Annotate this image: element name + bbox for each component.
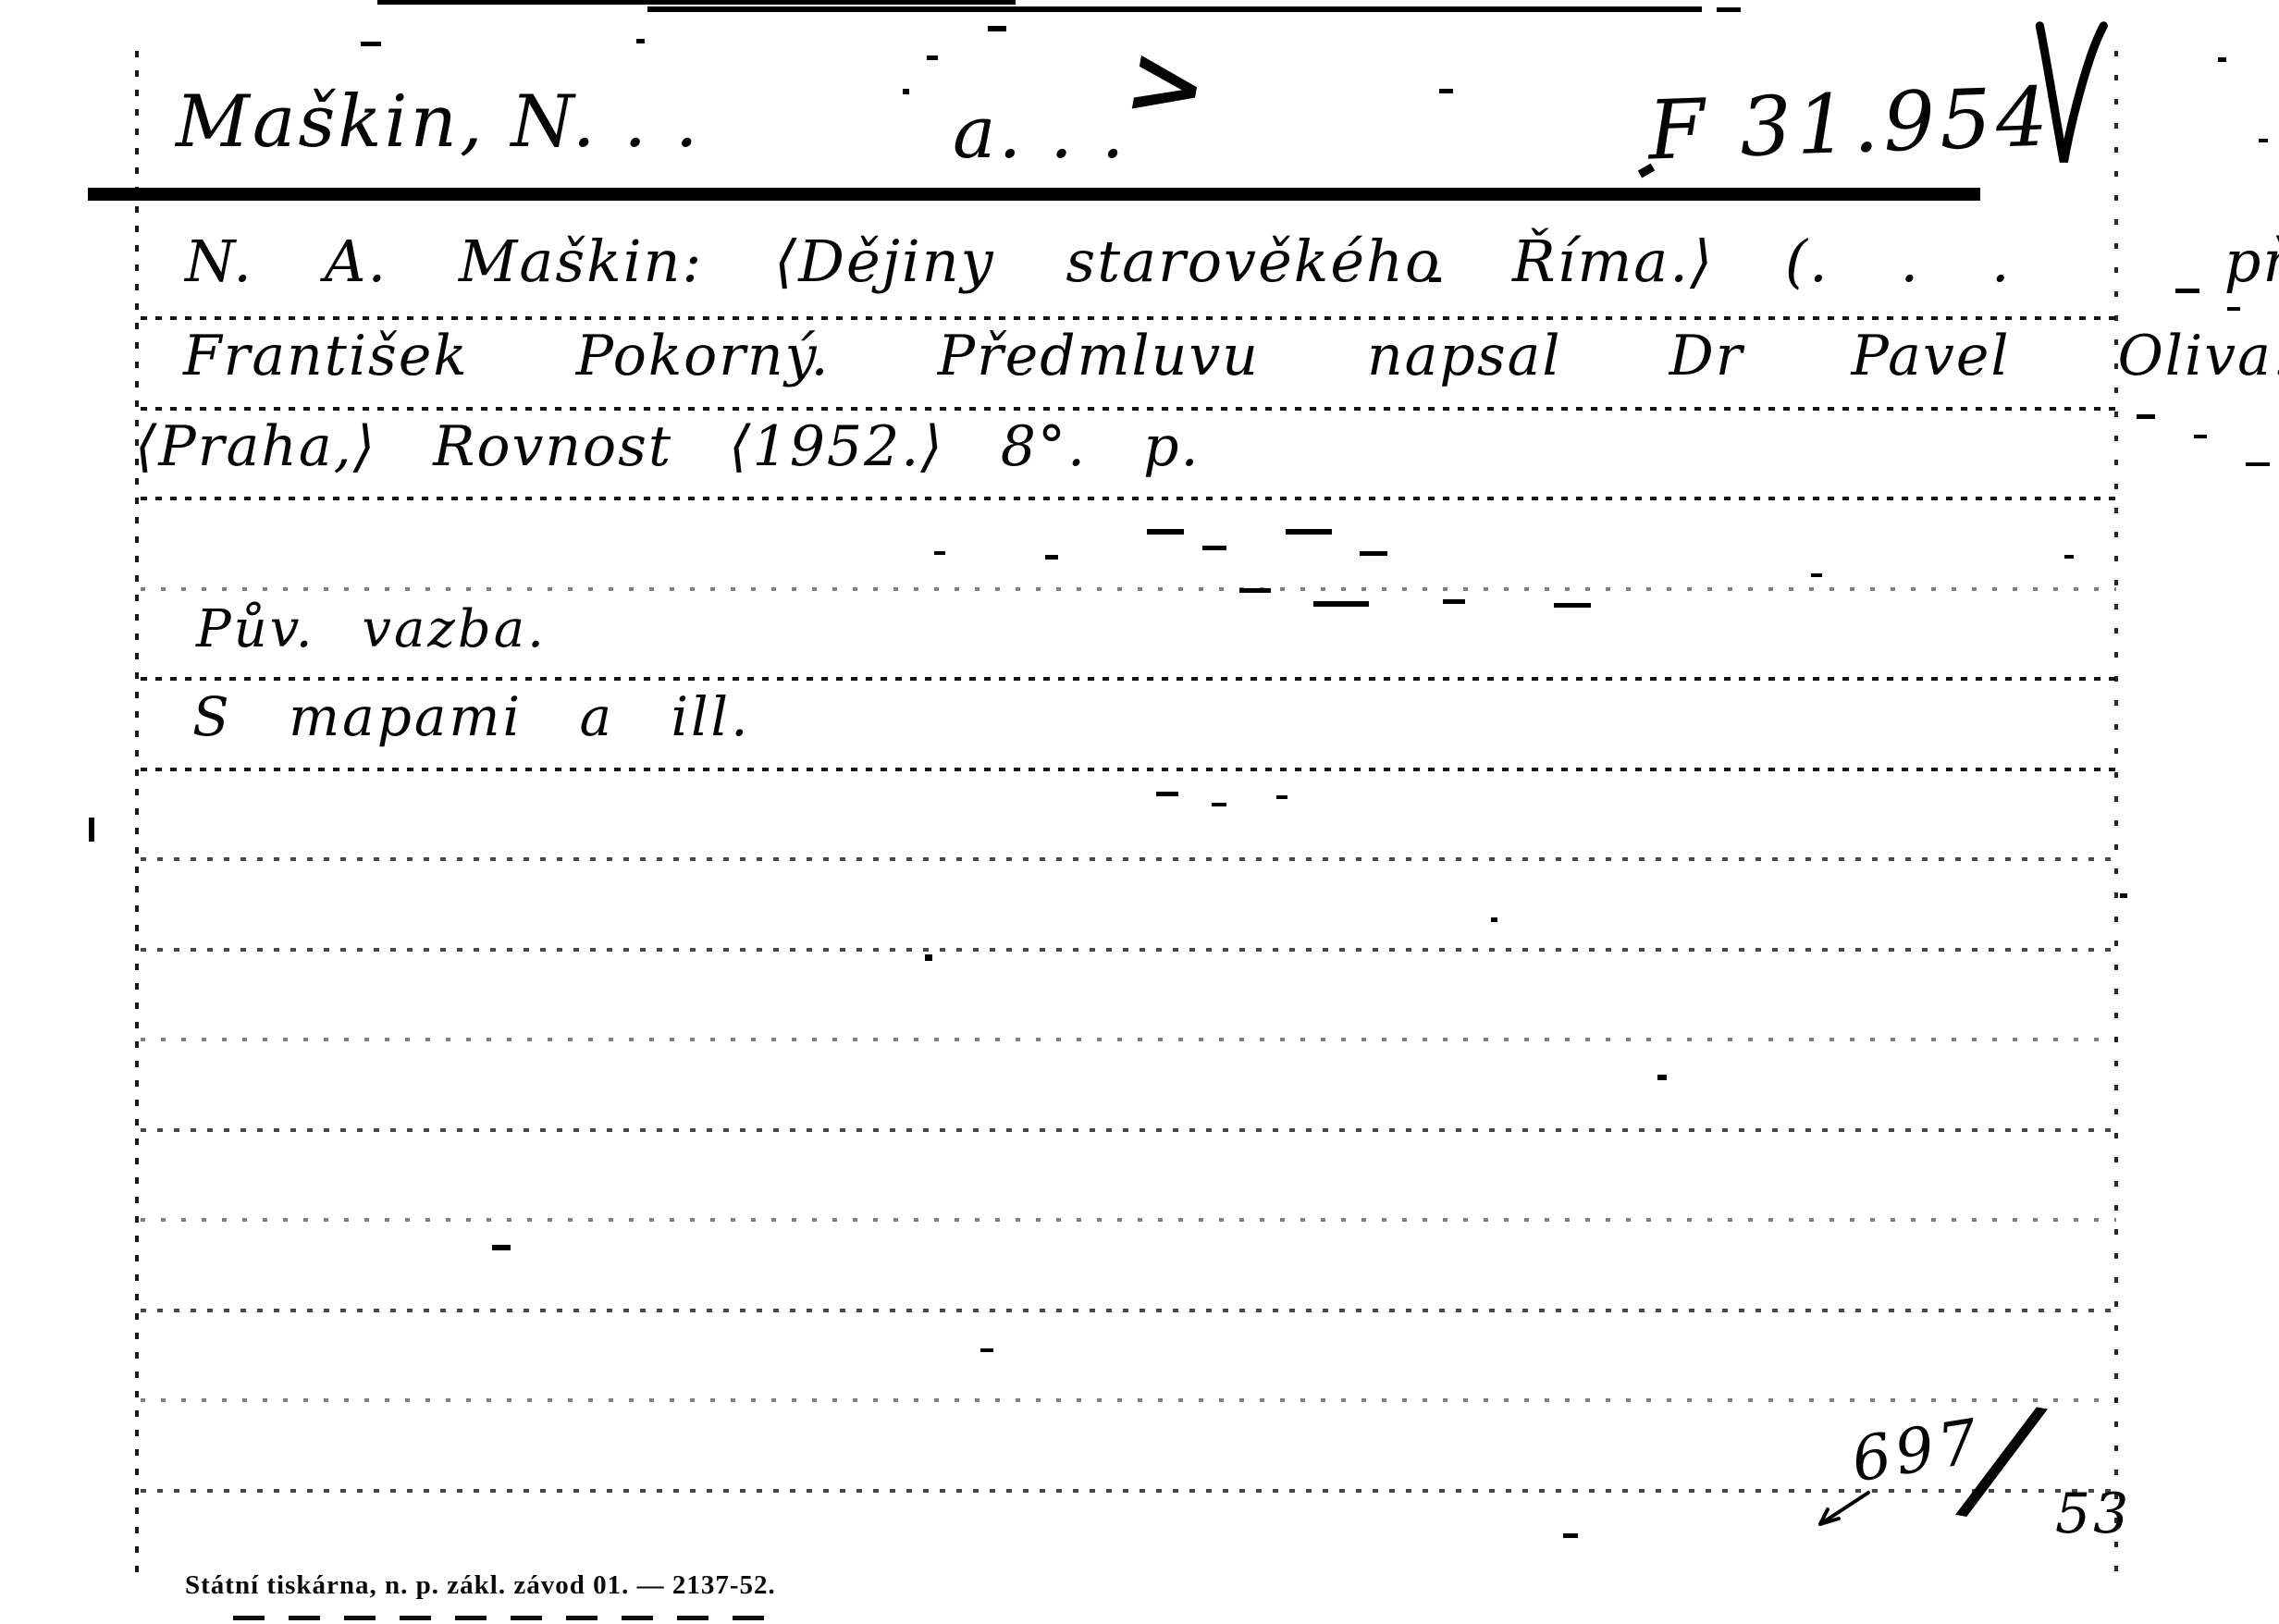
noise-speck xyxy=(1156,792,1178,796)
noise-speck xyxy=(1286,529,1332,535)
catalog-card: Maškin, N. . . a. . . > F 31.954 N. A. M… xyxy=(0,0,2279,1624)
noise-speck xyxy=(1439,89,1453,93)
header-rule xyxy=(88,188,1980,201)
noise-speck xyxy=(2120,893,2127,898)
noise-speck xyxy=(89,818,94,842)
ruled-line xyxy=(141,768,2116,771)
imprint-line: ⟨Praha,⟩ Rovnost ⟨1952.⟩ 8°. p. xyxy=(135,418,1201,476)
title-line: N. A. Maškin: ⟨Dějiny starověkého Říma.⟩… xyxy=(185,231,2279,291)
noise-speck xyxy=(1811,573,1822,577)
noise-speck xyxy=(925,954,932,961)
ruled-line xyxy=(141,948,2116,952)
accession-number-denominator: 53 xyxy=(2055,1485,2131,1544)
noise-speck xyxy=(1202,546,1226,550)
noise-speck xyxy=(492,1245,511,1250)
translator-line: František Pokorný. Předmluvu napsal Dr P… xyxy=(183,327,2279,386)
author-initial: a. . . xyxy=(953,96,1127,172)
insertion-caret-mark: > xyxy=(1118,27,1215,141)
noise-speck xyxy=(1491,917,1497,922)
noise-speck xyxy=(1657,1075,1667,1080)
arrow-mark-icon xyxy=(1811,1487,1876,1532)
noise-speck xyxy=(2259,139,2268,142)
ruled-line xyxy=(141,1398,2116,1402)
ruled-line xyxy=(141,857,2116,861)
checkmark-icon xyxy=(2026,17,2111,174)
ruled-line xyxy=(141,1309,2116,1312)
call-number: F 31.954 xyxy=(1647,74,2054,174)
noise-speck xyxy=(903,89,909,94)
noise-speck xyxy=(636,39,645,43)
noise-speck xyxy=(1554,603,1591,608)
noise-speck xyxy=(1313,601,1369,607)
left-margin-dotted-line xyxy=(135,51,139,1581)
ruled-line xyxy=(141,407,2116,411)
noise-speck xyxy=(2227,307,2240,311)
noise-speck xyxy=(1360,551,1387,556)
accession-number-slash: / xyxy=(1965,1383,2039,1535)
ruled-line xyxy=(141,1038,2116,1041)
ruled-line xyxy=(141,677,2116,681)
imprint-underline-artifact xyxy=(233,1616,788,1620)
ruled-line xyxy=(141,497,2116,500)
illustration-note: S mapami a ill. xyxy=(192,689,751,745)
noise-speck xyxy=(927,55,938,60)
noise-speck xyxy=(934,551,945,555)
ruled-line xyxy=(141,587,2116,591)
ruled-line xyxy=(141,1218,2116,1222)
noise-speck xyxy=(2218,57,2226,62)
noise-speck xyxy=(2246,462,2270,466)
printer-imprint: Státní tiskárna, n. p. zákl. závod 01. —… xyxy=(185,1570,776,1601)
top-edge-artifact xyxy=(377,0,1016,5)
noise-speck xyxy=(1239,588,1271,593)
ruled-line xyxy=(141,1128,2116,1132)
noise-speck xyxy=(2194,435,2207,438)
noise-speck xyxy=(1443,599,1465,604)
noise-speck xyxy=(1147,529,1184,535)
author-heading: Maškin, N. . . xyxy=(176,85,701,161)
noise-speck xyxy=(1212,803,1226,806)
noise-speck xyxy=(2175,289,2199,293)
noise-speck xyxy=(1563,1533,1578,1538)
noise-speck xyxy=(980,1348,993,1352)
noise-speck xyxy=(1045,555,1058,560)
ruled-line xyxy=(141,316,2116,320)
top-edge-artifact xyxy=(647,6,1702,12)
noise-speck xyxy=(2137,414,2155,419)
noise-speck xyxy=(1429,277,1441,282)
noise-speck xyxy=(361,42,381,46)
noise-speck xyxy=(2064,555,2074,559)
top-edge-artifact xyxy=(1717,7,1741,12)
noise-speck xyxy=(988,26,1006,31)
noise-speck xyxy=(1276,795,1287,799)
binding-note: Pův. vazba. xyxy=(196,603,547,658)
accession-number-numerator: 697 xyxy=(1847,1409,1986,1492)
